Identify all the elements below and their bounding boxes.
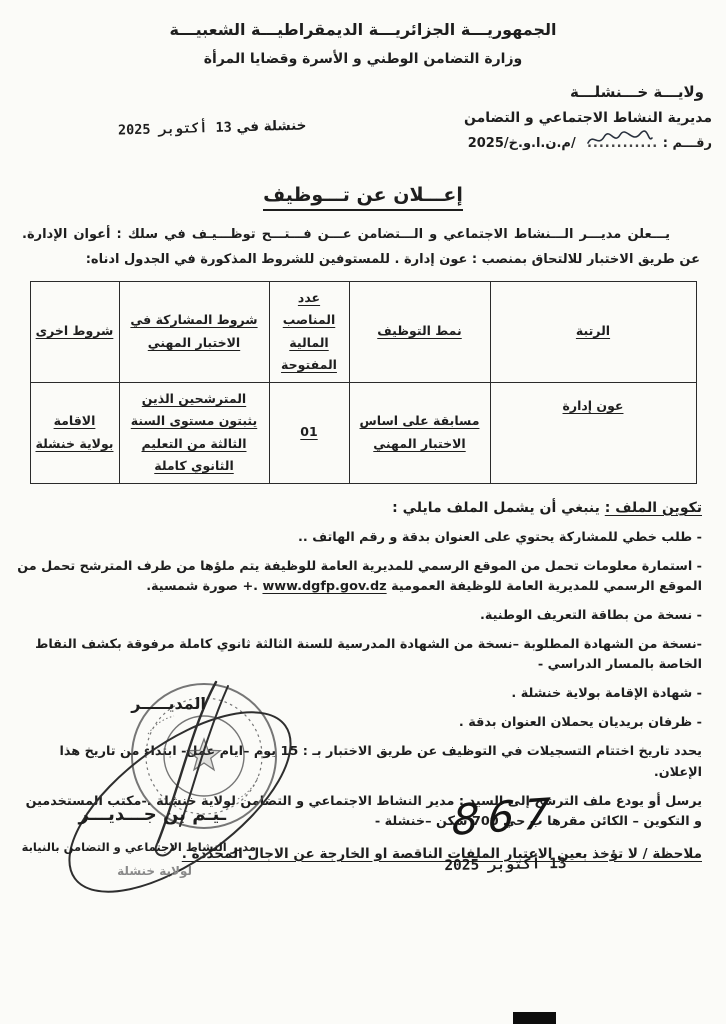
cell-other-conditions: الاقامة بولاية خنشلة	[30, 382, 119, 483]
reference-number-line: رقـــم : ............ /م.ن.ا.و.خ/2025	[468, 136, 712, 151]
cell-recruitment-mode: مسابقة على اساس الاختبار المهني	[349, 382, 490, 483]
document-header: الجمهوريـــة الجزائريـــة الديمقراطيـــة…	[0, 0, 726, 67]
registry-block: 867 13 أكتوبر 2025	[398, 792, 613, 873]
col-header-open-positions: عدد المناصب المالية المفتوحة	[269, 281, 349, 382]
cell-open-positions: 01	[269, 382, 349, 483]
reference-dots: ............	[580, 136, 658, 151]
col-header-other-conditions: شروط اخرى	[30, 281, 119, 382]
file-section-heading: تكوين الملف : ينبغي أن يشمل الملف مايلي …	[16, 497, 702, 519]
directorate-name: مديرية النشاط الاجتماعي و التضامن	[0, 110, 712, 126]
wilaya-name: ولايـــة خـــنشلـــة	[0, 83, 712, 101]
place-date-prefix: خنشلة في	[236, 118, 306, 136]
table-header-row: الرتبة نمط التوظيف عدد المناصب المالية ا…	[30, 281, 696, 382]
handwritten-reference-scribble	[584, 130, 656, 150]
director-label: المديـــــر	[131, 694, 206, 713]
handwritten-registry-number: 867	[451, 788, 560, 845]
intro-paragraph: يـــعلن مديـــر الـــنشاط الاجتماعي و ال…	[22, 222, 700, 273]
table-row: عون إدارة مسابقة على اساس الاختبار المهن…	[30, 382, 696, 483]
signature-block: المديـــــر ـيـم بن جـــديـــر مدير النش…	[28, 664, 344, 912]
dgfp-url: www.dgfp.gov.dz	[262, 577, 386, 597]
scan-artifact-black-bar	[513, 1012, 556, 1024]
file-item: - نسخة من بطاقة التعريف الوطنية.	[16, 606, 702, 626]
recruitment-table: الرتبة نمط التوظيف عدد المناصب المالية ا…	[30, 281, 697, 484]
col-header-recruitment-mode: نمط التوظيف	[349, 281, 490, 382]
issuer-block: ولايـــة خـــنشلـــة مديرية النشاط الاجت…	[0, 67, 726, 160]
ministry-title: وزارة التضامن الوطني و الأسرة وقضايا الم…	[0, 51, 726, 67]
cell-exam-conditions: المترشحين الذين يثبتون مستوى السنة الثال…	[119, 382, 269, 483]
signatory-name: ـيـم بن جـــديـــر	[79, 804, 227, 825]
page-title: إعـــلان عن تـــوظيف	[0, 184, 726, 206]
cell-rank: عون إدارة	[490, 382, 696, 483]
col-header-rank: الرتبة	[490, 281, 696, 382]
scanned-job-announcement-document: الجمهوريـــة الجزائريـــة الديمقراطيـــة…	[0, 0, 726, 1024]
signatory-wilaya: لولاية خنشلة	[117, 864, 192, 878]
col-header-exam-conditions: شروط المشاركة في الاختبار المهني	[119, 281, 269, 382]
file-item: - استمارة معلومات تحمل من الموقع الرسمي …	[16, 557, 702, 598]
republic-title: الجمهوريـــة الجزائريـــة الديمقراطيـــة…	[0, 20, 726, 39]
reference-suffix: /م.ن.ا.و.خ/2025	[468, 136, 576, 151]
reference-label: رقـــم :	[663, 136, 712, 151]
signatory-title: مدير النشاط الاجتماعي و التضامن بالنيابة	[22, 840, 256, 854]
date-stamp-bottom: 13 أكتوبر 2025	[398, 855, 613, 875]
file-item: - طلب خطي للمشاركة يحتوي على العنوان بدق…	[16, 528, 702, 548]
date-stamp-top: 13 أكتوبر 2025	[118, 119, 232, 138]
